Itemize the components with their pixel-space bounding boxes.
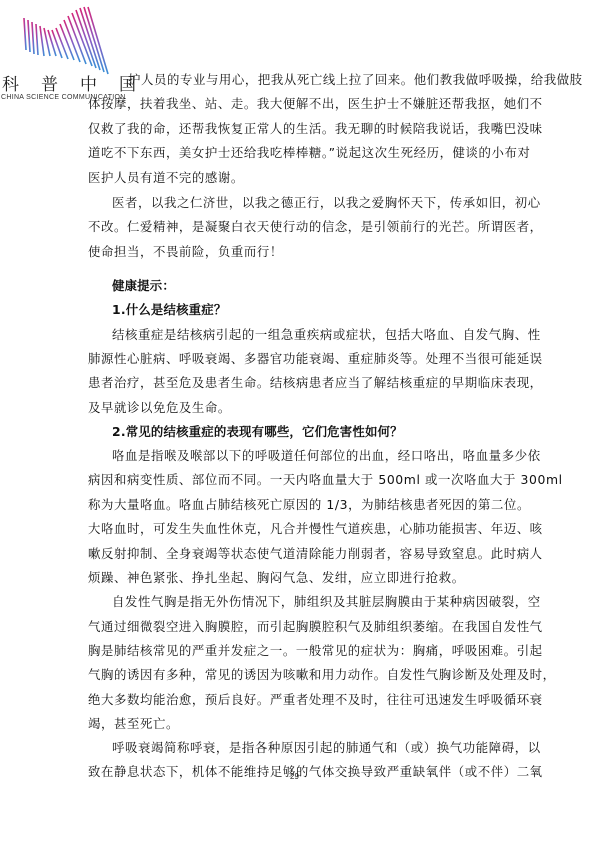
text-line: 自发性气胸是指无外伤情况下，肺组织及其脏层胸膜由于某种病因破裂，空 [112,594,541,610]
text-line: 病因和病变性质、部位而不同。一天内咯血量大于 500ml 或一次咯血大于 300… [88,472,563,488]
text-line: 医护人员有道不完的感谢。 [88,170,244,186]
text-line: 及早就诊以免危及生命。 [88,400,231,416]
logo-wave-icon [20,4,120,76]
text-line: 道吃不下东西，美女护士还给我吃棒棒糖。”说起这次生死经历，健谈的小布对 [88,145,531,161]
text-line: 肺源性心脏病、呼吸衰竭、多器官功能衰竭、重症肺炎等。处理不当很可能延误 [88,351,543,367]
page-number: 29 [290,772,299,781]
text-line: 呼吸衰竭简称呼衰，是指各种原因引起的肺通气和（或）换气功能障碍，以 [112,740,541,756]
text-line: 患者治疗，甚至危及患者生命。结核病患者应当了解结核重症的早期临床表现， [88,375,543,391]
text-line: 嗽反射抑制、全身衰竭等状态使气道清除能力削弱者，容易导致窒息。此时病人 [88,546,543,562]
text-line: 不改。仁爱精神，是凝聚白衣天使行动的信念，是引领前行的光芒。所谓医者， [88,219,543,235]
question-1-heading: 1.什么是结核重症？ [112,302,226,318]
text-line: 烦躁、神色紧张、挣扎坐起、胸闷气急、发绀，应立即进行抢救。 [88,570,465,586]
text-line: 体按摩，扶着我坐、站、走。我大便解不出，医生护士不嫌脏还帮我抠，她们不 [88,96,543,112]
text-line: 使命担当，不畏前险，负重而行！ [88,244,283,260]
text-line: 仅救了我的命，还帮我恢复正常人的生活。我无聊的时候陪我说话，我嘴巴没味 [88,121,543,137]
text-line: 医者，以我之仁济世，以我之德正行，以我之爱胸怀天下，传承如旧，初心 [112,195,541,211]
text-line: 称为大量咯血。咯血占肺结核死亡原因的 1/3，为肺结核患者死因的第二位。 [88,497,530,513]
text-line: 气通过细微裂空进入胸膜腔，而引起胸膜腔积气及肺组织萎缩。在我国自发性气 [88,619,543,635]
text-line: 护人员的专业与用心，把我从死亡线上拉了回来。他们教我做呼吸操，给我做肢 [128,72,583,88]
text-line: 大咯血时，可发生失血性休克，凡合并慢性气道疾患，心肺功能损害、年迈、咳 [88,521,543,537]
text-line: 胸是肺结核常见的严重并发症之一。一般常见的症状为：胸痛，呼吸困难。引起 [88,643,543,659]
text-line: 绝大多数均能治愈，预后良好。严重者处理不及时，往往可迅速发生呼吸循环衰 [88,692,543,708]
text-line: 咯血是指喉及喉部以下的呼吸道任何部位的出血，经口咯出，咯血量多少依 [112,448,541,464]
text-line: 致在静息状态下，机体不能维持足够的气体交换导致严重缺氧伴（或不伴）二氧 [88,764,543,780]
text-line: 竭，甚至死亡。 [88,716,179,732]
question-2-heading: 2.常见的结核重症的表现有哪些，它们危害性如何？ [112,424,403,440]
text-line: 气胸的诱因有多种，常见的诱因为咳嗽和用力动作。自发性气胸诊断及处理及时， [88,667,556,683]
health-tip-heading: 健康提示： [112,278,175,294]
china-science-communication-logo: 科普中国 CHINA SCIENCE COMMUNICATION [0,0,130,105]
text-line: 结核重症是结核病引起的一组急重疾病或症状，包括大咯血、自发气胸、性 [112,327,541,343]
